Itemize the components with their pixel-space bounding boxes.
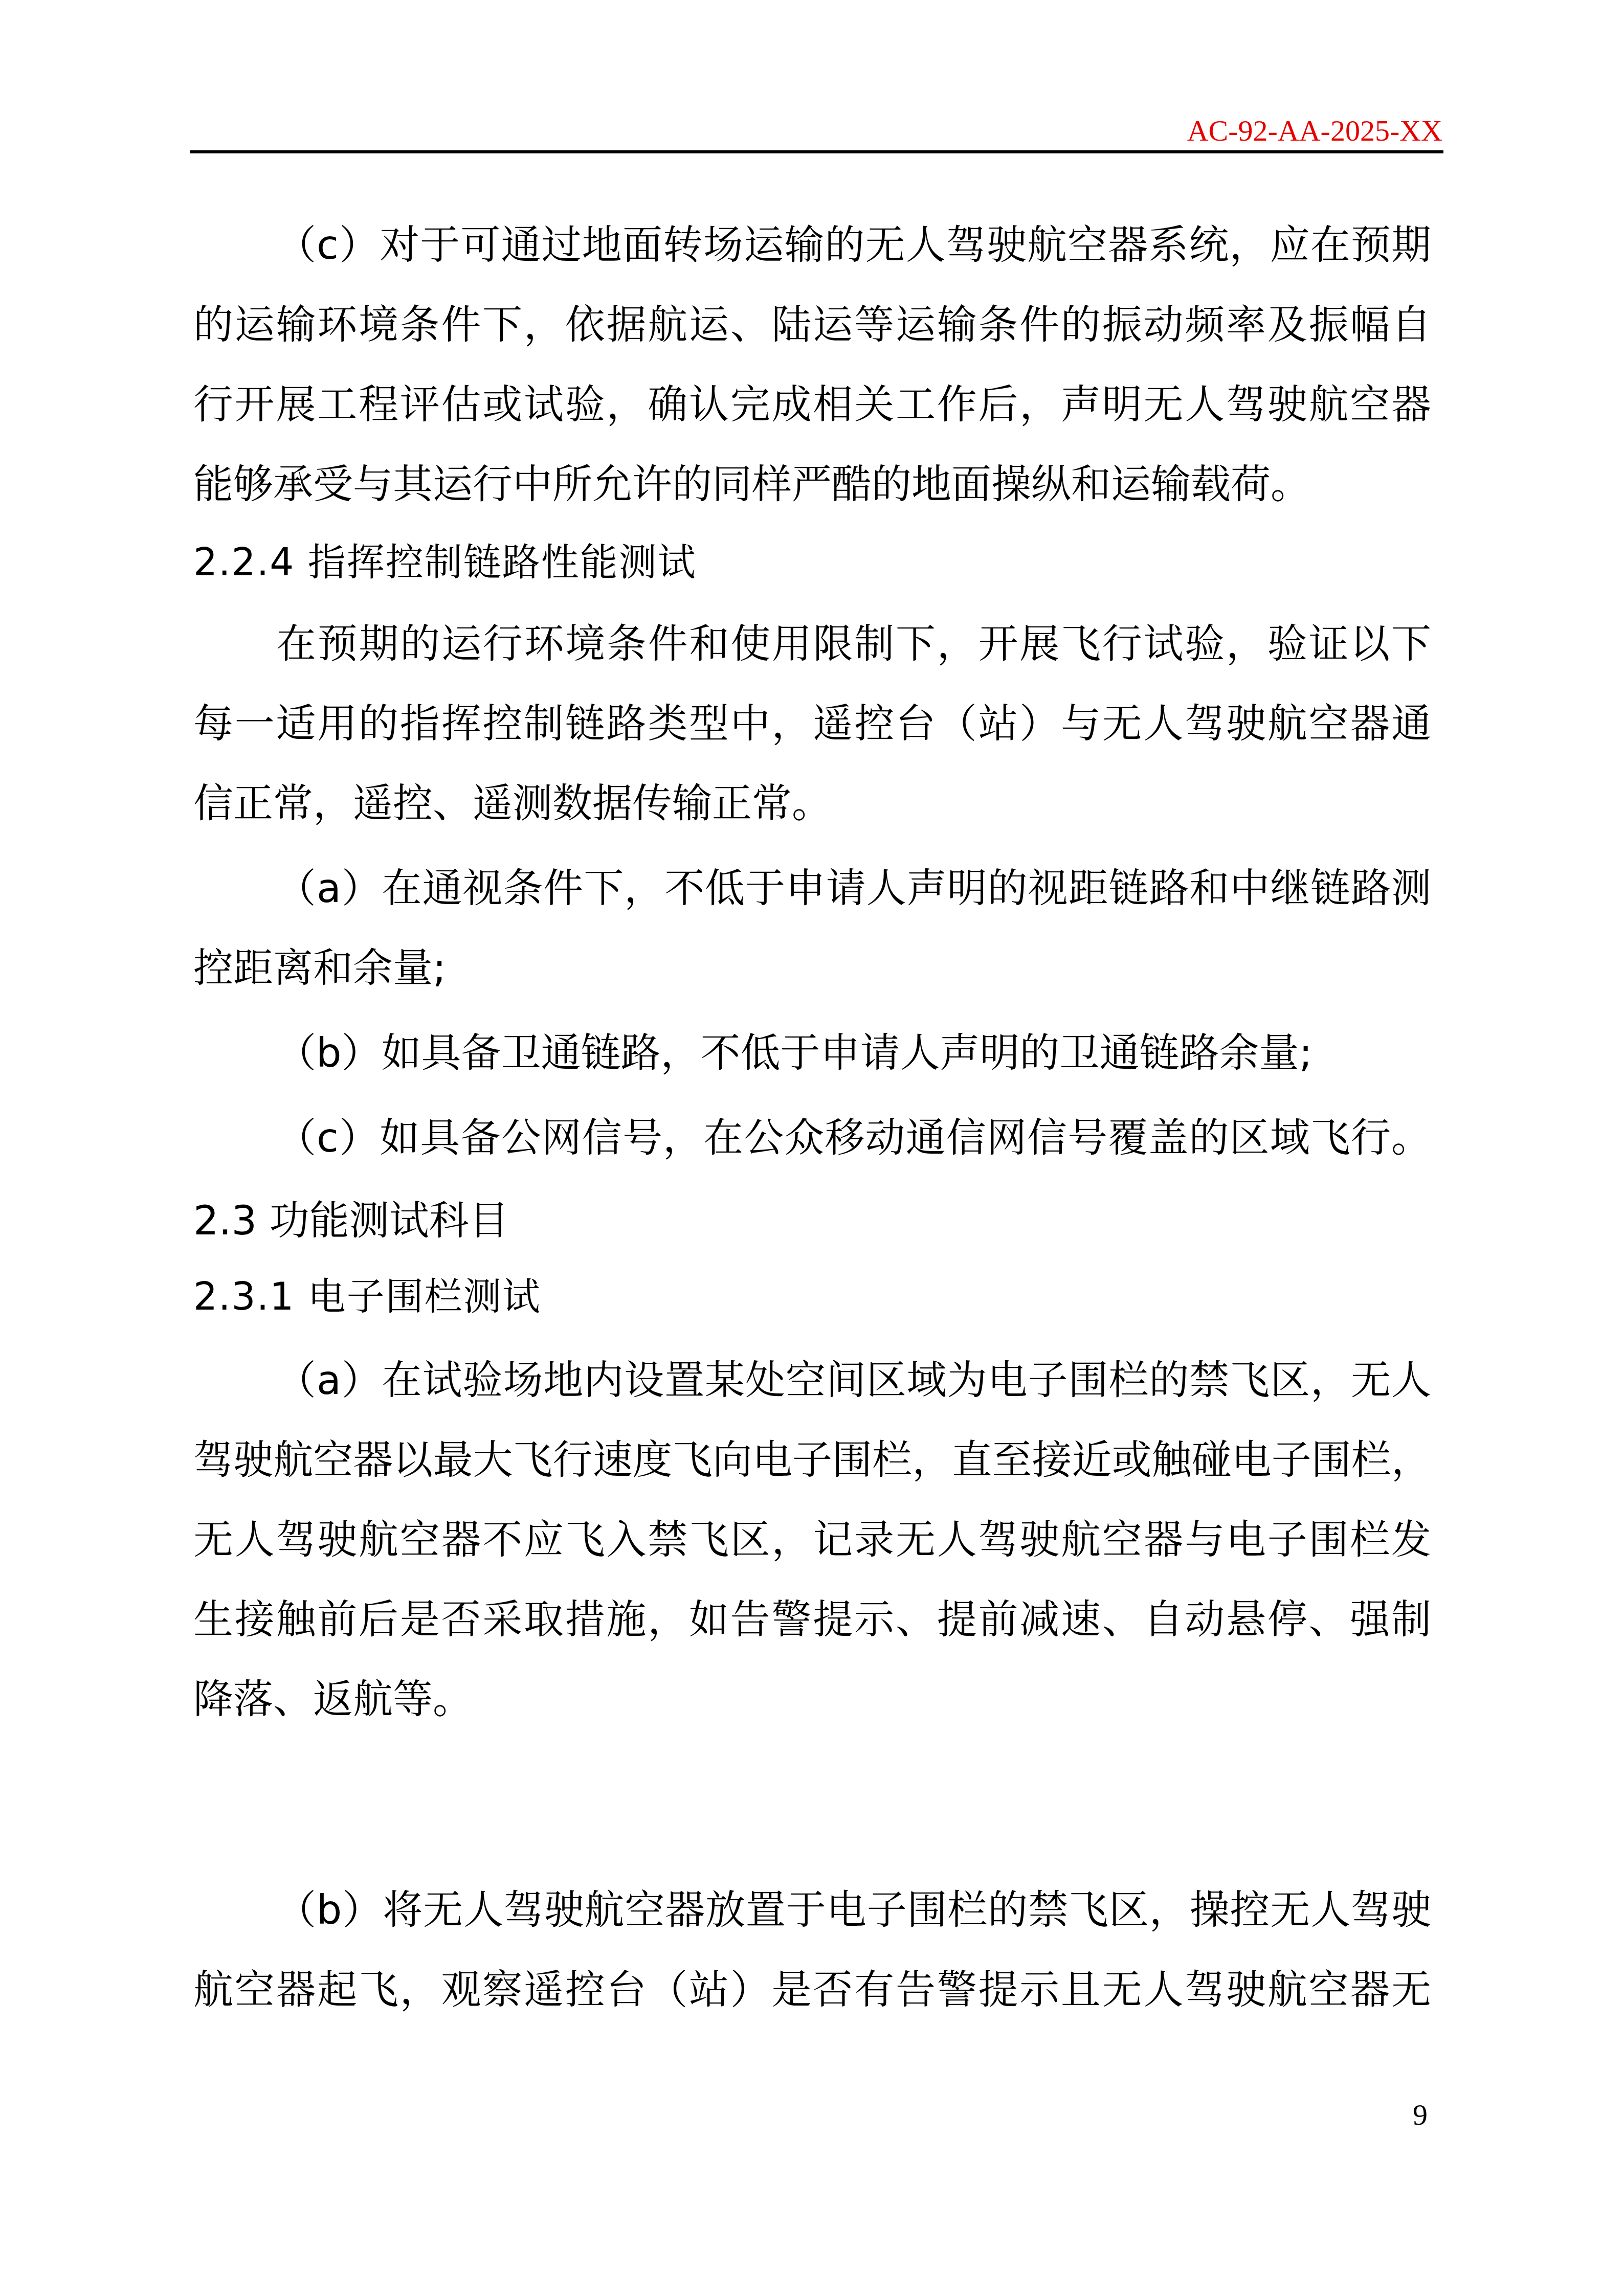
text-line: 在预期的运行环境条件和使用限制下，开展飞行试验，验证以下 <box>276 619 1431 670</box>
text-line: 驾驶航空器以最大飞行速度飞向电子围栏，直至接近或触碰电子围栏， <box>193 1435 1431 1486</box>
text-line: 航空器起飞，观察遥控台（站）是否有告警提示且无人驾驶航空器无 <box>193 1965 1431 2016</box>
header-rule <box>190 150 1443 153</box>
text-line: 控距离和余量; <box>193 943 1431 994</box>
text-line: （b）将无人驾驶航空器放置于电子围栏的禁飞区，操控无人驾驶 <box>276 1885 1431 1936</box>
text-line: （c）对于可通过地面转场运输的无人驾驶航空器系统，应在预期 <box>276 220 1431 271</box>
text-line: （a）在通视条件下，不低于申请人声明的视距链路和中继链路测 <box>276 863 1431 914</box>
page-number: 9 <box>1413 2098 1428 2132</box>
text-line: 生接触前后是否采取措施，如告警提示、提前减速、自动悬停、强制 <box>193 1594 1431 1646</box>
section-heading-2-2-4: 2.2.4 指挥控制链路性能测试 <box>193 537 1431 588</box>
text-line: （a）在试验场地内设置某处空间区域为电子围栏的禁飞区，无人 <box>276 1355 1431 1406</box>
section-heading-2-3-1: 2.3.1 电子围栏测试 <box>193 1271 1431 1322</box>
header-doc-code: AC-92-AA-2025-XX <box>1187 114 1442 148</box>
section-heading-2-3: 2.3 功能测试科目 <box>193 1196 1431 1247</box>
text-line: 无人驾驶航空器不应飞入禁飞区，记录无人驾驶航空器与电子围栏发 <box>193 1515 1431 1566</box>
list-item-c-public-network: （c）如具备公网信号，在公众移动通信网信号覆盖的区域飞行。 <box>276 1113 1431 1164</box>
list-item-b-satcom: （b）如具备卫通链路，不低于申请人声明的卫通链路余量; <box>276 1028 1431 1079</box>
text-line: 的运输环境条件下，依据航运、陆运等运输条件的振动频率及振幅自 <box>193 300 1431 351</box>
text-line: 每一适用的指挥控制链路类型中，遥控台（站）与无人驾驶航空器通 <box>193 699 1431 750</box>
text-line: 降落、返航等。 <box>193 1674 1431 1725</box>
text-line: 行开展工程评估或试验，确认完成相关工作后，声明无人驾驶航空器 <box>193 379 1431 431</box>
text-line: 能够承受与其运行中所允许的同样严酷的地面操纵和运输载荷。 <box>193 459 1431 510</box>
text-line: 信正常，遥控、遥测数据传输正常。 <box>193 778 1431 829</box>
